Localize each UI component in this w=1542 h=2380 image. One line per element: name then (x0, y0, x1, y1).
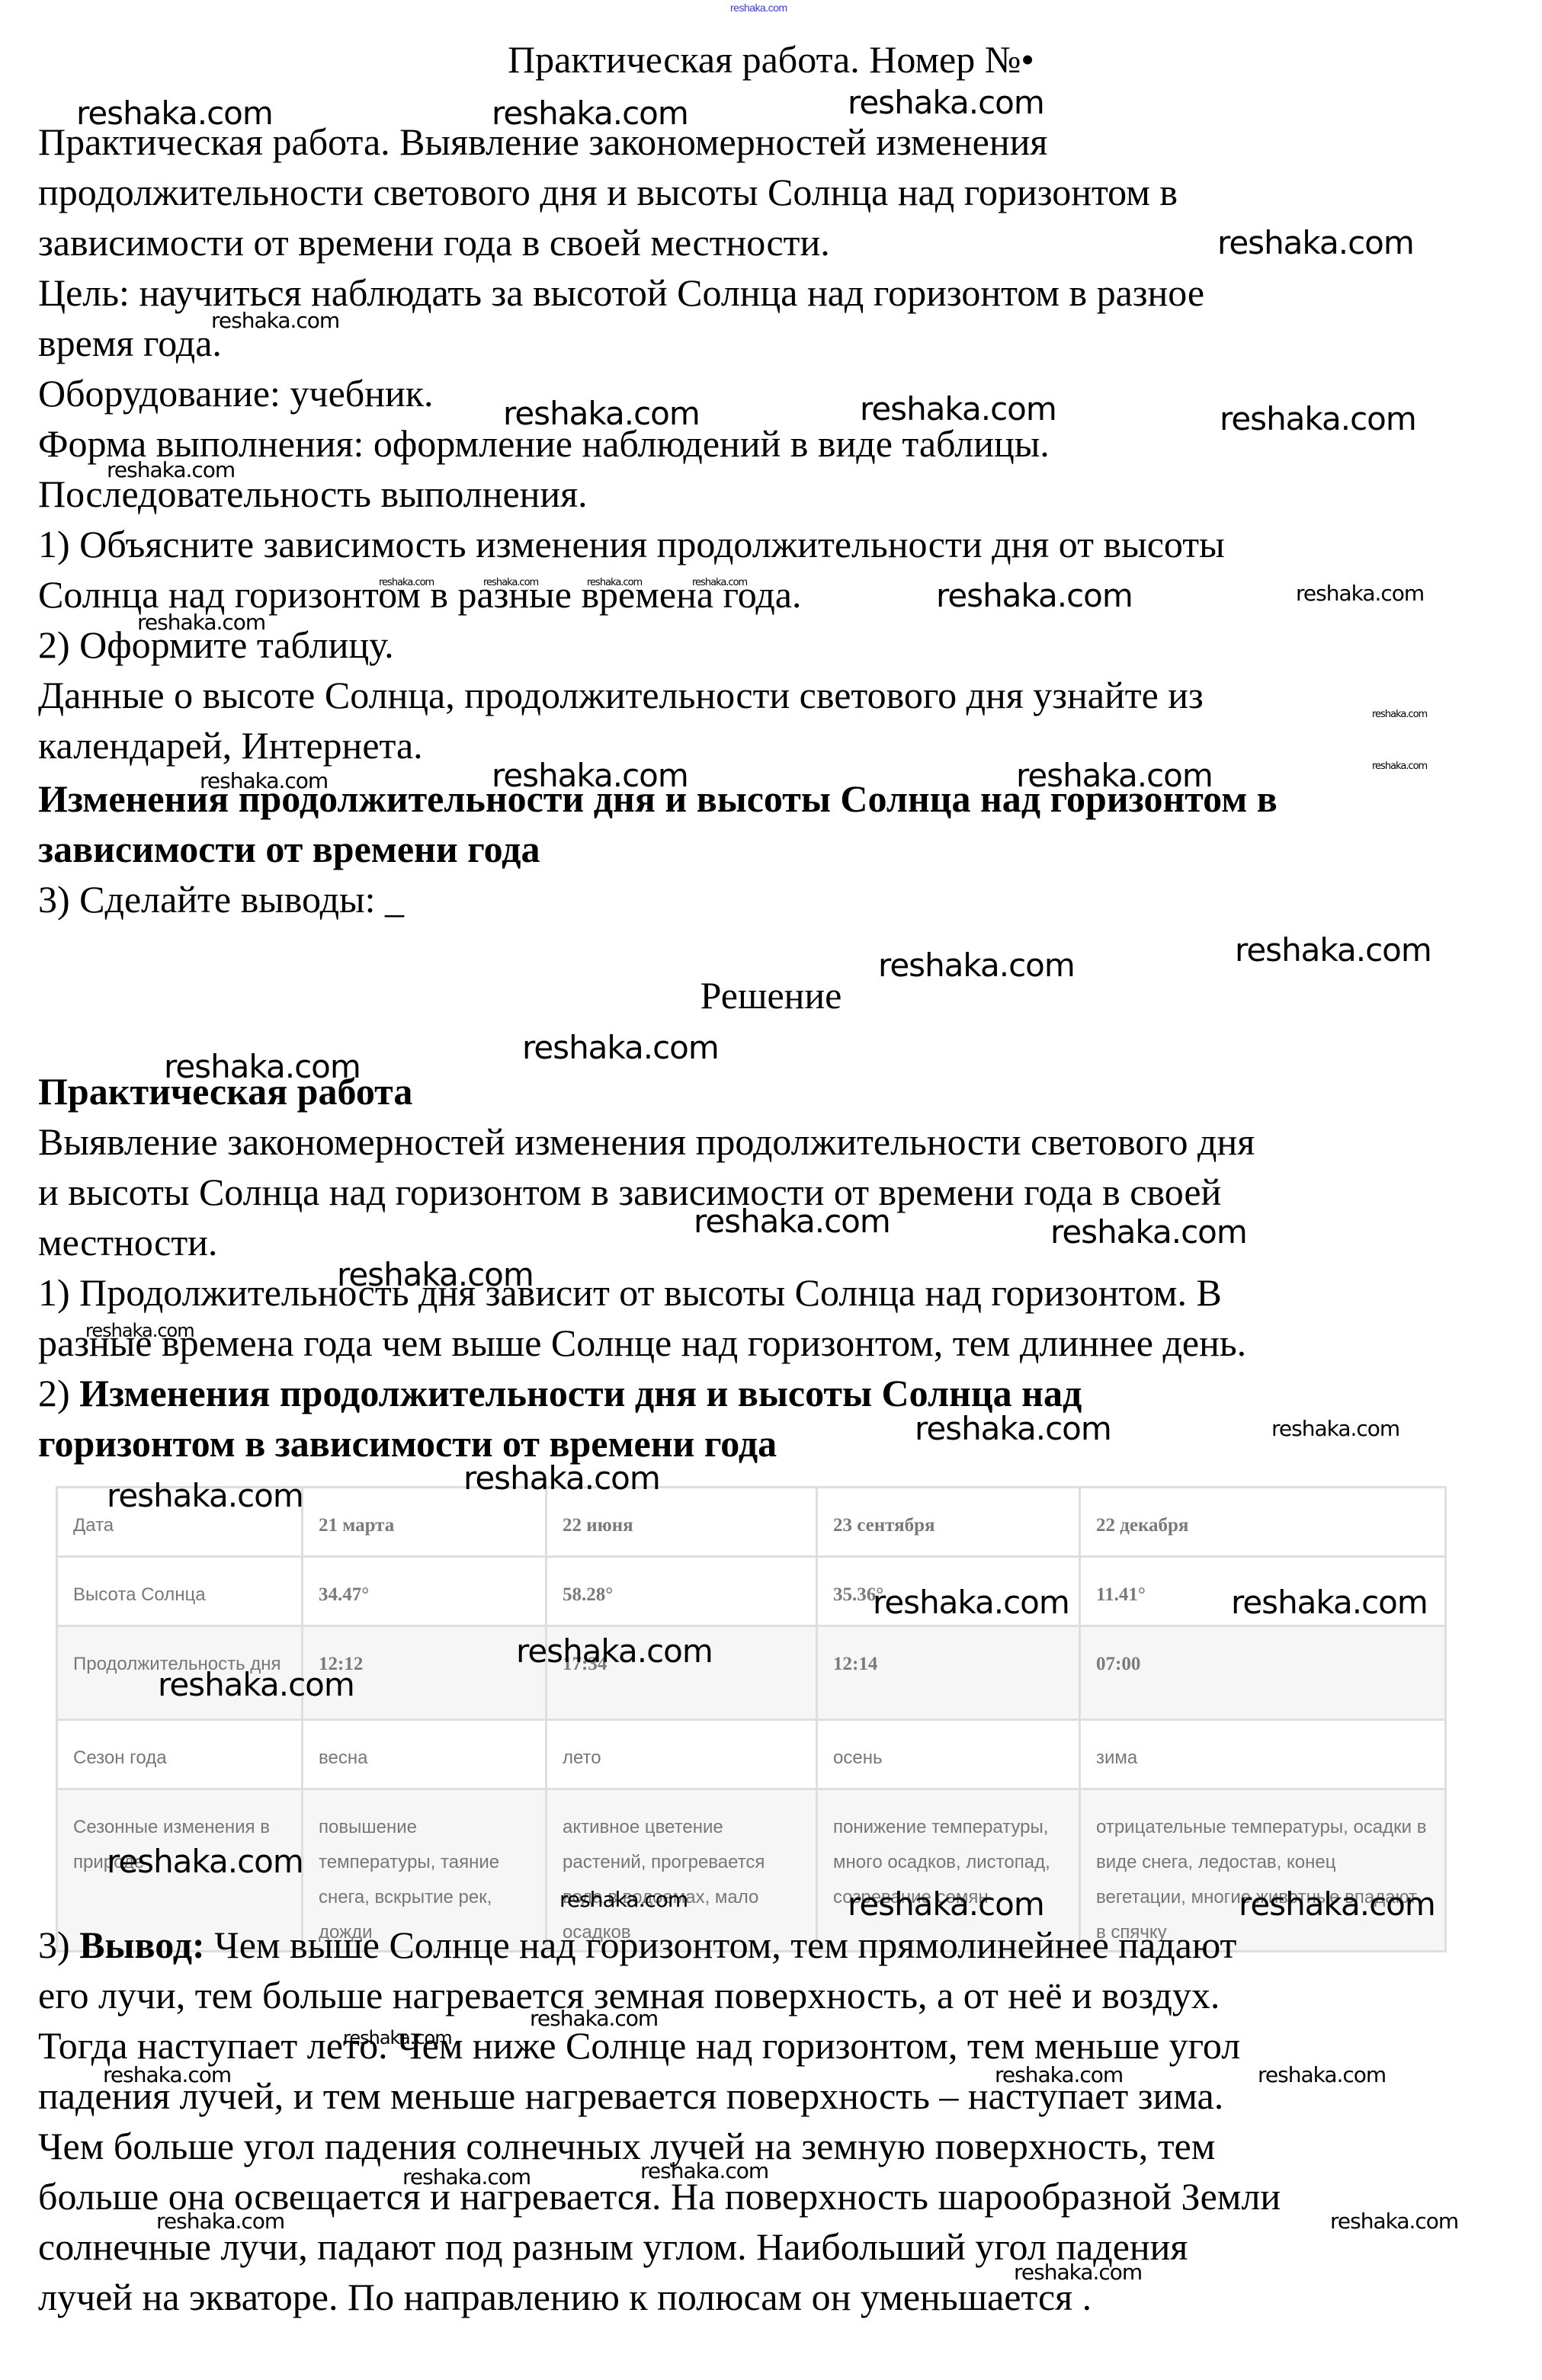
table-cell: лето (547, 1720, 817, 1789)
table-cell: 22 июня (547, 1488, 817, 1557)
table-cell: 22 декабря (1080, 1488, 1446, 1557)
row-label: Дата (57, 1488, 303, 1557)
table-cell: 58.28° (547, 1557, 817, 1626)
table-cell: осень (817, 1720, 1080, 1789)
task-line: время года. (38, 320, 222, 366)
table-cell: 23 сентября (817, 1488, 1080, 1557)
watermark: reshaka.com (1372, 709, 1427, 720)
task-table-title: зависимости от времени года (38, 826, 540, 872)
task-line: зависимости от времени года в своей мест… (38, 219, 830, 265)
task-line: Данные о высоте Солнца, продолжительност… (38, 672, 1204, 718)
conclusion-text: больше она освещается и нагревается. На … (38, 2173, 1281, 2219)
table-cell: 12:12 (303, 1626, 547, 1720)
table-cell: весна (303, 1720, 547, 1789)
document-page: reshaka.com Практическая работа. Номер №… (0, 0, 1542, 2380)
conclusion-text: Чем выше Солнце над горизонтом, тем прям… (205, 1924, 1237, 1966)
table-cell: 35.36° (817, 1557, 1080, 1626)
conclusion-text: лучей на экваторе. По направлению к полю… (38, 2274, 1092, 2320)
watermark: reshaka.com (1217, 224, 1414, 261)
task-line: Практическая работа. Выявление закономер… (38, 119, 1047, 165)
conclusion: 3) Вывод: Чем выше Солнце над горизонтом… (38, 1922, 1236, 1968)
solution-intro: и высоты Солнца над горизонтом в зависим… (38, 1169, 1221, 1215)
watermark: reshaka.com (1220, 400, 1416, 437)
watermark: reshaka.com (1258, 2062, 1386, 2087)
row-label: Высота Солнца (57, 1557, 303, 1626)
row-label: Сезон года (57, 1720, 303, 1789)
conclusion-text: солнечные лучи, падают под разным углом.… (38, 2224, 1188, 2269)
task-line: Солнца над горизонтом в разные времена г… (38, 572, 802, 617)
table-cell: зима (1080, 1720, 1446, 1789)
table-row: Дата 21 марта 22 июня 23 сентября 22 дек… (57, 1488, 1446, 1557)
watermark: reshaka.com (1050, 1213, 1247, 1251)
watermark: reshaka.com (522, 1029, 719, 1066)
conclusion-text: Тогда наступает лето. Чем ниже Солнце на… (38, 2023, 1240, 2068)
conclusion-number: 3) (38, 1924, 79, 1966)
table-row: Высота Солнца 34.47° 58.28° 35.36° 11.41… (57, 1557, 1446, 1626)
watermark: reshaka.com (848, 84, 1044, 121)
watermark: reshaka.com (1330, 2209, 1458, 2234)
answer-2-number: 2) (38, 1372, 79, 1414)
task-step1: 1) Объясните зависимость изменения продо… (38, 521, 1225, 567)
conclusion-text: падения лучей, и тем меньше нагревается … (38, 2073, 1223, 2119)
sun-data-table: Дата 21 марта 22 июня 23 сентября 22 дек… (56, 1486, 1447, 1952)
table-cell: 21 марта (303, 1488, 547, 1557)
task-form: Форма выполнения: оформление наблюдений … (38, 421, 1050, 466)
watermark: reshaka.com (1235, 931, 1431, 969)
answer-1: 1) Продолжительность дня зависит от высо… (38, 1270, 1222, 1315)
table-cell: 34.47° (303, 1557, 547, 1626)
conclusion-text: Чем больше угол падения солнечных лучей … (38, 2123, 1215, 2169)
row-label: Продолжительность дня (57, 1626, 303, 1720)
solution-subheading: Практическая работа (38, 1068, 412, 1114)
task-line: продолжительности светового дня и высоты… (38, 169, 1178, 215)
conclusion-label: Вывод: (79, 1924, 205, 1966)
top-watermark: reshaka.com (730, 2, 787, 14)
table-cell: 11.41° (1080, 1557, 1446, 1626)
watermark: reshaka.com (1372, 761, 1427, 772)
page-title: Практическая работа. Номер №• (0, 37, 1542, 82)
task-goal: Цель: научиться наблюдать за высотой Сол… (38, 270, 1204, 316)
table-cell: 07:00 (1080, 1626, 1446, 1720)
table-cell: 12:14 (817, 1626, 1080, 1720)
task-sequence: Последовательность выполнения. (38, 471, 588, 517)
task-equipment: Оборудование: учебник. (38, 370, 434, 416)
task-table-title: Изменения продолжительности дня и высоты… (38, 776, 1278, 822)
answer-1: разные времена года чем выше Солнце над … (38, 1320, 1246, 1366)
solution-heading: Решение (0, 972, 1542, 1018)
task-step2: 2) Оформите таблицу. (38, 622, 394, 668)
task-step3: 3) Сделайте выводы: _ (38, 876, 404, 922)
watermark: reshaka.com (936, 577, 1133, 614)
answer-2-title: 2) Изменения продолжительности дня и выс… (38, 1370, 1082, 1416)
solution-intro: Выявление закономерностей изменения прод… (38, 1119, 1255, 1164)
watermark: reshaka.com (1271, 1416, 1399, 1441)
table-row: Продолжительность дня 12:12 17:34 12:14 … (57, 1626, 1446, 1720)
solution-intro: местности. (38, 1219, 217, 1265)
answer-2-bold: Изменения продолжительности дня и высоты… (79, 1372, 1082, 1414)
table-cell: 17:34 (547, 1626, 817, 1720)
answer-2-title: горизонтом в зависимости от времени года (38, 1421, 777, 1466)
watermark: reshaka.com (1296, 581, 1424, 606)
task-line: календарей, Интернета. (38, 722, 423, 768)
table-row: Сезон года весна лето осень зима (57, 1720, 1446, 1789)
conclusion-text: его лучи, тем больше нагревается земная … (38, 1972, 1220, 2018)
